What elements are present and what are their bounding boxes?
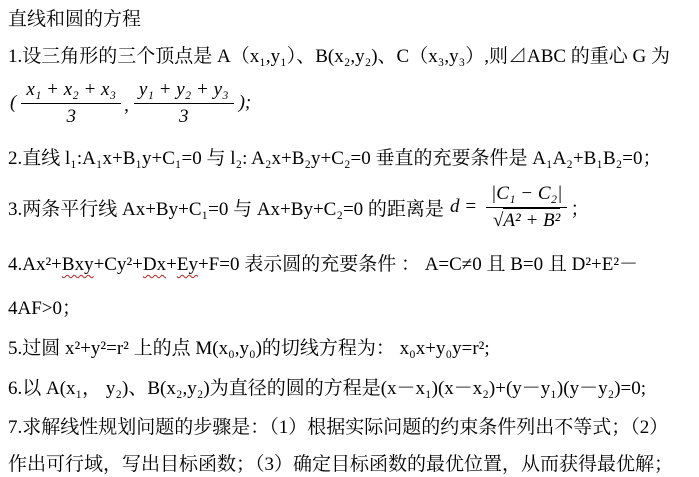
item4-misspelled-term-ey: Ey — [177, 254, 198, 275]
paragraph-7: 7.求解线性规划问题的步骤是：（1）根据实际问题的约束条件列出不等式；（2） 作… — [8, 409, 699, 477]
fraction-y: y₁ + y₂ + y₃ 3 — [134, 78, 234, 129]
paragraph-5: 5.过圆 x²+y²=r² 上的点 M(x₀,y₀)的切线方程为： x₀x+y₀… — [8, 335, 699, 363]
centroid-comma: , — [124, 95, 129, 117]
fraction-y-denominator: 3 — [134, 104, 234, 129]
item7-line-1: 7.求解线性规划问题的步骤是：（1）根据实际问题的约束条件列出不等式；（2） — [8, 417, 668, 438]
centroid-close-paren: ); — [239, 92, 252, 114]
centroid-formula: ( x₁ + x₂ + x₃ 3 , y₁ + y₂ + y₃ 3 ); — [8, 75, 699, 131]
radicand: A² + B² — [503, 208, 560, 231]
item7-line-2: 作出可行域，写出目标函数；（3）确定目标函数的最优位置，从而获得最优解； — [8, 454, 673, 475]
item4-misspelled-term-dx: Dx — [143, 254, 166, 275]
fraction-y-numerator: y₁ + y₂ + y₃ — [134, 78, 234, 104]
document-title: 直线和圆的方程 — [8, 6, 699, 34]
item4-segment: 4.Ax²+ — [8, 254, 62, 275]
paragraph-4: 4.Ax²+Bxy+Cy²+Dx+Ey+F=0 表示圆的充要条件 ： A=C≠0… — [8, 243, 699, 331]
item4-segment: +F=0 表示圆的充要条件 ： A=C≠0 且 B=0 且 D²+E²－ — [198, 254, 638, 275]
document-page: 直线和圆的方程 1.设三角形的三个顶点是 A（x₁,y₁）、B(x₂,y₂)、C… — [8, 6, 699, 477]
item4-wrapped-line: 4AF>0； — [8, 298, 81, 319]
item4-segment: + — [166, 254, 177, 275]
centroid-open-paren: ( — [10, 92, 16, 114]
fraction-x: x₁ + x₂ + x₃ 3 — [21, 78, 121, 129]
distance-numerator: |C₁ − C₂| — [486, 182, 567, 208]
paragraph-6: 6.以 A(x₁， y₂)、B(x₂,y₂)为直径的圆的方程是(x－x₁)(x－… — [8, 375, 699, 403]
distance-formula: d = |C₁ − C₂| √A² + B² — [450, 182, 570, 233]
item3-end-punctuation: ； — [570, 194, 589, 221]
distance-denominator: √A² + B² — [486, 208, 567, 233]
item1-text: 1.设三角形的三个顶点是 A（x₁,y₁）、B(x₂,y₂)、C（x₃,y₃）,… — [8, 46, 670, 67]
paragraph-2: 2.直线 l₁:A₁x+B₁y+C₁=0 与 l₂: A₂x+B₂y+C₂=0 … — [8, 145, 699, 173]
fraction-x-denominator: 3 — [21, 104, 121, 129]
item4-misspelled-term-bxy: Bxy — [62, 254, 94, 275]
item3-text: 3.两条平行线 Ax+By+C₁=0 与 Ax+By+C₂=0 的距离是 — [8, 194, 444, 221]
fraction-x-numerator: x₁ + x₂ + x₃ — [21, 78, 121, 104]
item4-segment: +Cy²+ — [94, 254, 143, 275]
item5-text: 5.过圆 x²+y²=r² 上的点 M(x₀,y₀)的切线方程为： x₀x+y₀… — [8, 338, 490, 359]
item2-text: 2.直线 l₁:A₁x+B₁y+C₁=0 与 l₂: A₂x+B₂y+C₂=0 … — [8, 148, 661, 169]
distance-fraction: |C₁ − C₂| √A² + B² — [486, 182, 567, 233]
distance-lhs: d = — [450, 196, 477, 218]
paragraph-3: 3.两条平行线 Ax+By+C₁=0 与 Ax+By+C₂=0 的距离是 d =… — [8, 177, 699, 237]
paragraph-1: 1.设三角形的三个顶点是 A（x₁,y₁）、B(x₂,y₂)、C（x₃,y₃）,… — [8, 43, 699, 71]
item6-text: 6.以 A(x₁， y₂)、B(x₂,y₂)为直径的圆的方程是(x－x₁)(x－… — [8, 378, 646, 399]
radical-sign: √ — [493, 210, 503, 231]
